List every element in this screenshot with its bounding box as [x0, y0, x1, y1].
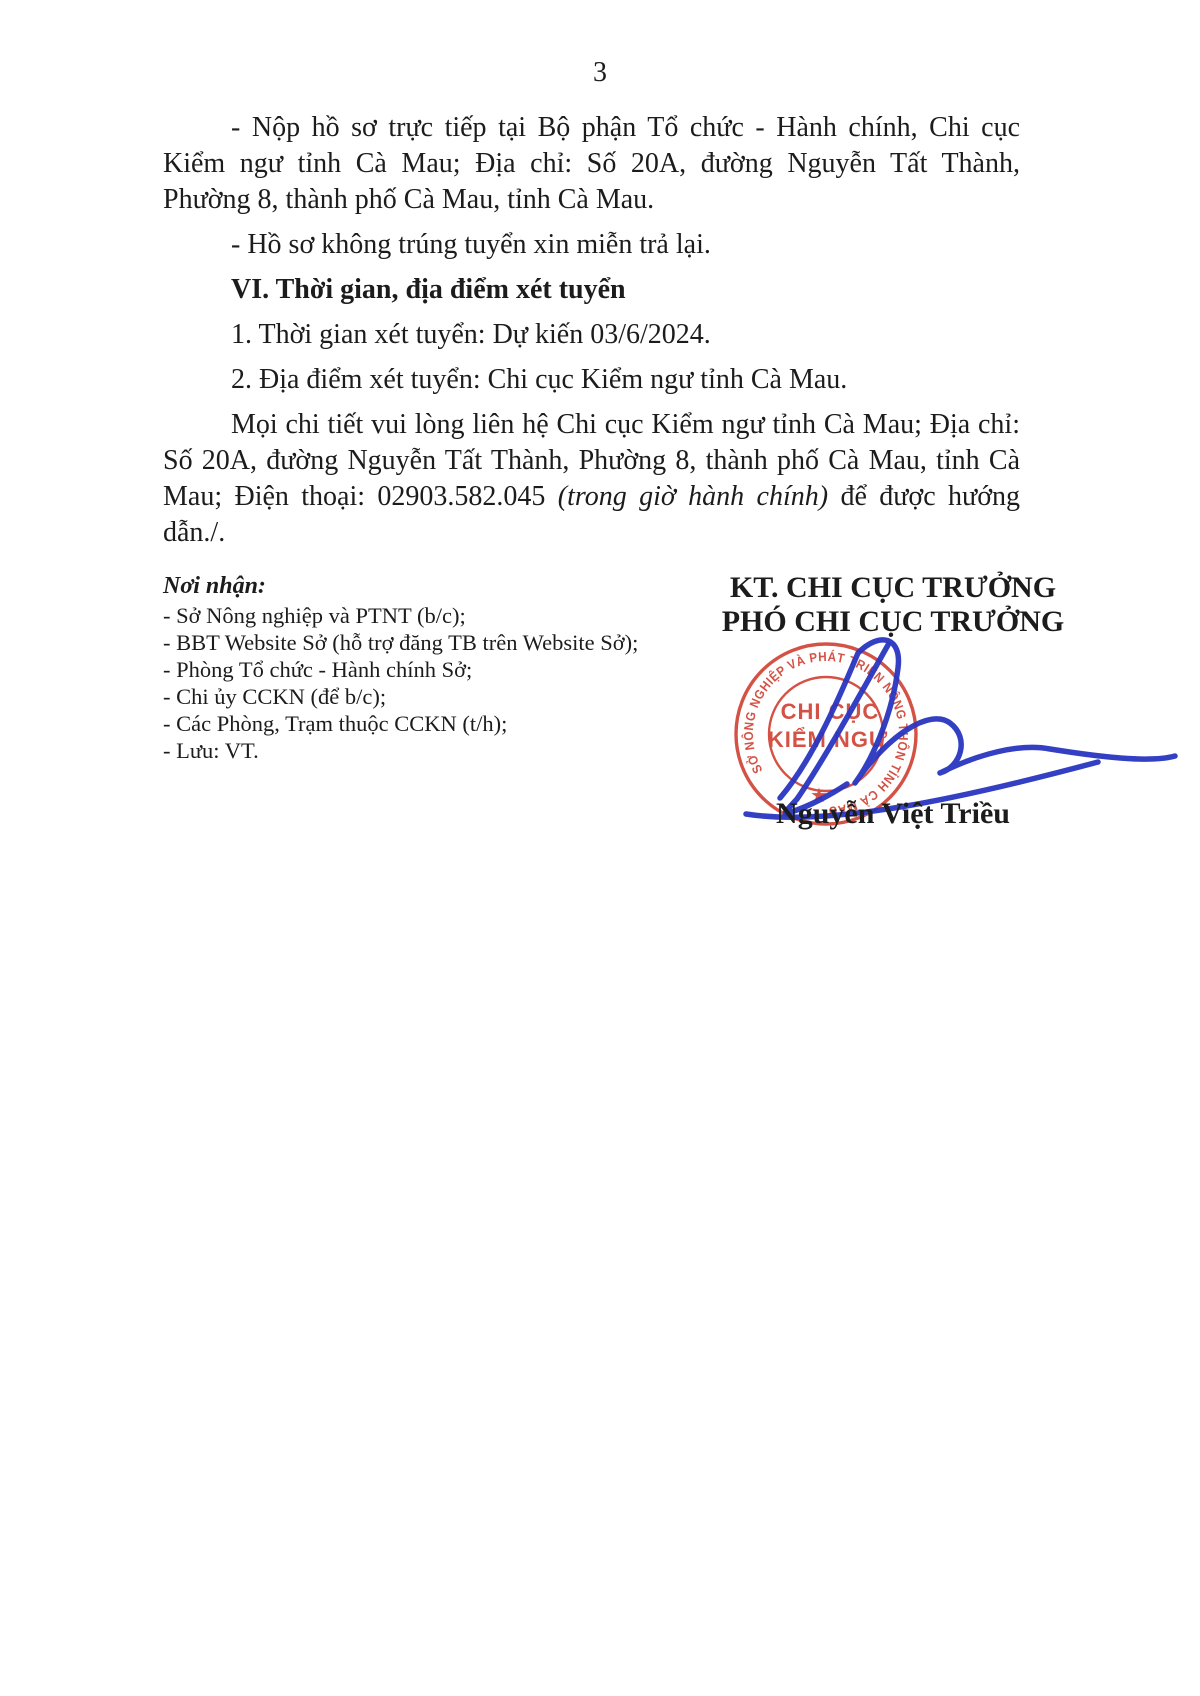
- document-page: 3 - Nộp hồ sơ trực tiếp tại Bộ phận Tổ c…: [0, 0, 1200, 1696]
- recipient-item: - Lưu: VT.: [163, 737, 638, 764]
- paragraph-submit-address: - Nộp hồ sơ trực tiếp tại Bộ phận Tổ chứ…: [163, 110, 1020, 218]
- section-heading-vi: VI. Thời gian, địa điểm xét tuyển: [163, 272, 1020, 308]
- document-body: - Nộp hồ sơ trực tiếp tại Bộ phận Tổ chứ…: [0, 110, 1200, 551]
- page-number: 3: [0, 0, 1200, 90]
- recipients-block: Nơi nhận: - Sở Nông nghiệp và PTNT (b/c)…: [163, 572, 638, 764]
- paragraph-contact: Mọi chi tiết vui lòng liên hệ Chi cục Ki…: [163, 407, 1020, 551]
- recipient-item: - Sở Nông nghiệp và PTNT (b/c);: [163, 602, 638, 629]
- recipients-label: Nơi nhận:: [163, 572, 638, 601]
- contact-office-hours-note: (trong giờ hành chính): [558, 481, 828, 512]
- recipient-item: - Các Phòng, Trạm thuộc CCKN (t/h);: [163, 710, 638, 737]
- item-location: 2. Địa điểm xét tuyển: Chi cục Kiểm ngư …: [163, 362, 1020, 398]
- recipient-item: - BBT Website Sở (hỗ trợ đăng TB trên We…: [163, 629, 638, 656]
- recipient-item: - Chi ủy CCKN (để b/c);: [163, 683, 638, 710]
- recipient-item: - Phòng Tổ chức - Hành chính Sở;: [163, 656, 638, 683]
- signer-title-delegation: KT. CHI CỤC TRƯỞNG: [663, 571, 1123, 605]
- paragraph-no-return: - Hồ sơ không trúng tuyển xin miễn trả l…: [163, 227, 1020, 263]
- item-time: 1. Thời gian xét tuyển: Dự kiến 03/6/202…: [163, 317, 1020, 353]
- signer-name: Nguyễn Việt Triều: [663, 797, 1123, 831]
